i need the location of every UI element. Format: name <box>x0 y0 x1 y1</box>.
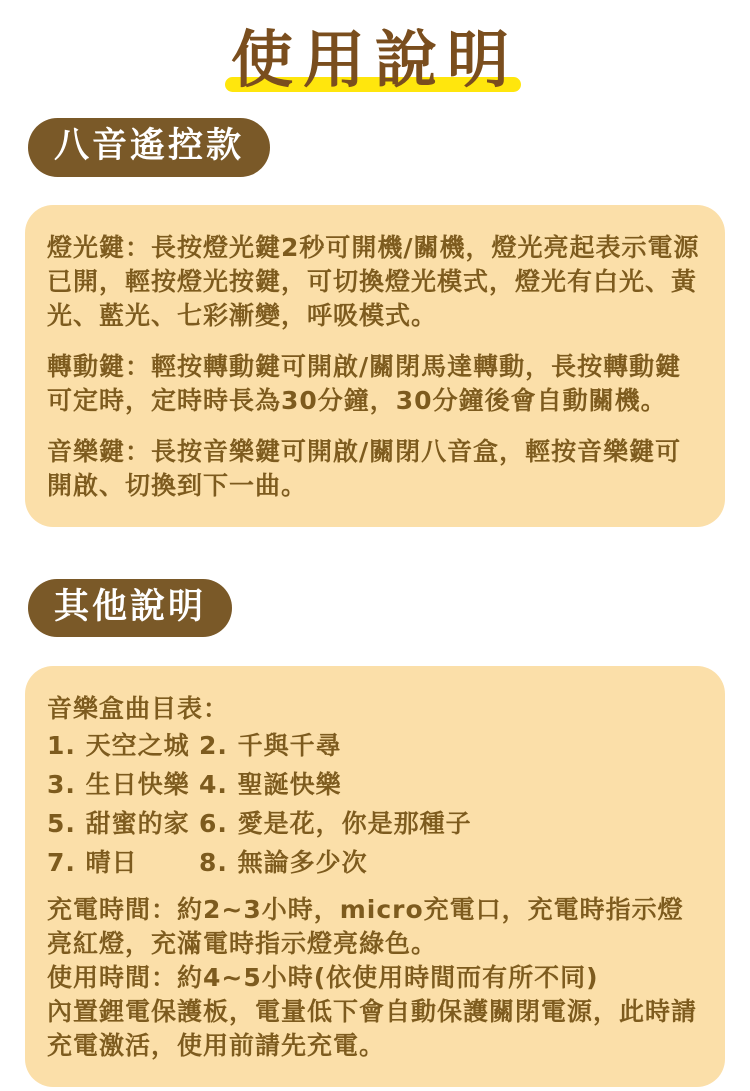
paragraph-charge-time: 充電時間：約2~3小時，micro充電口，充電時指示燈亮紅燈，充滿電時指示燈亮綠… <box>47 893 703 961</box>
track-item-8: 8. 無論多少次 <box>199 846 703 880</box>
page-title: 使用說明 <box>227 26 523 94</box>
playlist-heading: 音樂盒曲目表： <box>47 692 703 726</box>
paragraph-light-button: 燈光鍵：長按燈光鍵2秒可開機/關機，燈光亮起表示電源已開，輕按燈光按鍵，可切換燈… <box>47 231 703 333</box>
usage-instructions-page: 使用說明 八音遙控款 燈光鍵：長按燈光鍵2秒可開機/關機，燈光亮起表示電源已開，… <box>0 0 750 1091</box>
paragraph-music-button: 音樂鍵：長按音樂鍵可開啟/關閉八音盒，輕按音樂鍵可開啟、切換到下一曲。 <box>47 435 703 503</box>
section-badge-other-notes: 其他說明 <box>28 579 232 638</box>
page-header: 使用說明 <box>0 0 750 94</box>
section-remote-control: 八音遙控款 燈光鍵：長按燈光鍵2秒可開機/關機，燈光亮起表示電源已開，輕按燈光按… <box>0 94 750 527</box>
paragraph-usage-time: 使用時間：約4~5小時(依使用時間而有所不同) <box>47 961 703 995</box>
paragraph-battery-protection: 內置鋰電保護板，電量低下會自動保護關閉電源，此時請充電激活，使用前請先充電。 <box>47 995 703 1063</box>
track-item-1: 1. 天空之城 <box>47 729 199 763</box>
section-badge-remote-control: 八音遙控款 <box>28 118 270 177</box>
track-item-5: 5. 甜蜜的家 <box>47 807 199 841</box>
panel-remote-instructions: 燈光鍵：長按燈光鍵2秒可開機/關機，燈光亮起表示電源已開，輕按燈光按鍵，可切換燈… <box>25 205 725 527</box>
section-other-notes: 其他說明 音樂盒曲目表： 1. 天空之城 2. 千與千尋 3. 生日快樂 4. … <box>0 527 750 1088</box>
page-title-text: 使用說明 <box>231 23 519 96</box>
track-item-6: 6. 愛是花，你是那種子 <box>199 807 703 841</box>
panel-other-notes: 音樂盒曲目表： 1. 天空之城 2. 千與千尋 3. 生日快樂 4. 聖誕快樂 … <box>25 666 725 1087</box>
track-item-2: 2. 千與千尋 <box>199 729 703 763</box>
playlist-table: 1. 天空之城 2. 千與千尋 3. 生日快樂 4. 聖誕快樂 5. 甜蜜的家 … <box>47 729 703 880</box>
battery-info: 充電時間：約2~3小時，micro充電口，充電時指示燈亮紅燈，充滿電時指示燈亮綠… <box>47 893 703 1063</box>
track-item-4: 4. 聖誕快樂 <box>199 768 703 802</box>
track-item-3: 3. 生日快樂 <box>47 768 199 802</box>
track-item-7: 7. 晴日 <box>47 846 199 880</box>
paragraph-rotate-button: 轉動鍵：輕按轉動鍵可開啟/關閉馬達轉動，長按轉動鍵可定時，定時時長為30分鐘，3… <box>47 350 703 418</box>
